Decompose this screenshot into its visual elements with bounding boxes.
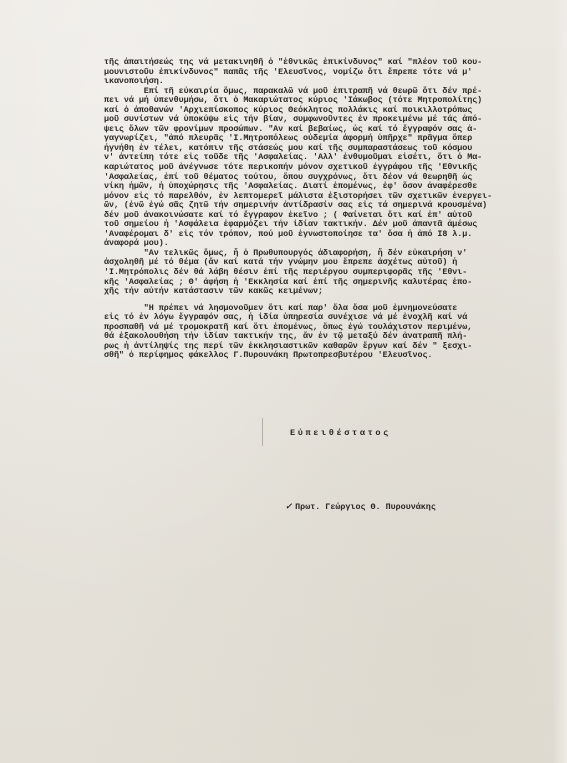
paragraph-continuation: τῆς ἀπαιτήσεώς της νά μετακινηθῆ ὁ "ἐθνι… xyxy=(104,58,536,87)
document-page: τῆς ἀπαιτήσεώς της νά μετακινηθῆ ὁ "ἐθνι… xyxy=(0,0,567,763)
paragraph-opportunity: Επί τῆ εὐκαιρία ὅμως, παρακαλῶ νά μοῦ ἐπ… xyxy=(104,87,536,249)
letter-body: τῆς ἀπαιτήσεώς της νά μετακινηθῆ ὁ "ἐθνι… xyxy=(104,58,536,361)
signature-mark-icon: ✓ xyxy=(285,501,292,512)
text-line: σθῆ" ὁ περίφημος φάκελλος Γ.Πυρουνάκη Πρ… xyxy=(104,351,536,361)
paragraph-forget: "Η πρέπει νά λησμονοῦμεν ὅτι καί παρ' ὅλ… xyxy=(104,304,536,361)
paragraph-prime-minister: "Αν τελικῶς ὅμως, ἤ ὁ Πρωθυπουργός ἀδιαφ… xyxy=(104,249,536,297)
signature-block: ✓Πρωτ. Γεώργιος Θ. Πυρουνάκης xyxy=(265,491,436,522)
signature-name: Πρωτ. Γεώργιος Θ. Πυρουνάκης xyxy=(295,502,436,512)
closing-salutation: Εὐπειθέστατος xyxy=(290,428,391,438)
text-line: χῆς τήν αὐτήν κατάστασιν τῶν κακῶς κειμέ… xyxy=(104,287,536,297)
pencil-mark xyxy=(262,418,263,446)
text-line: μουνιστοῦυ ἐπικίνδυνος" παπᾶς τῆς 'Ελευσ… xyxy=(104,68,536,78)
text-line: 'Αναφέρομαι δ' εἰς τόν τρόπον, πού μοῦ ἐ… xyxy=(104,230,536,240)
